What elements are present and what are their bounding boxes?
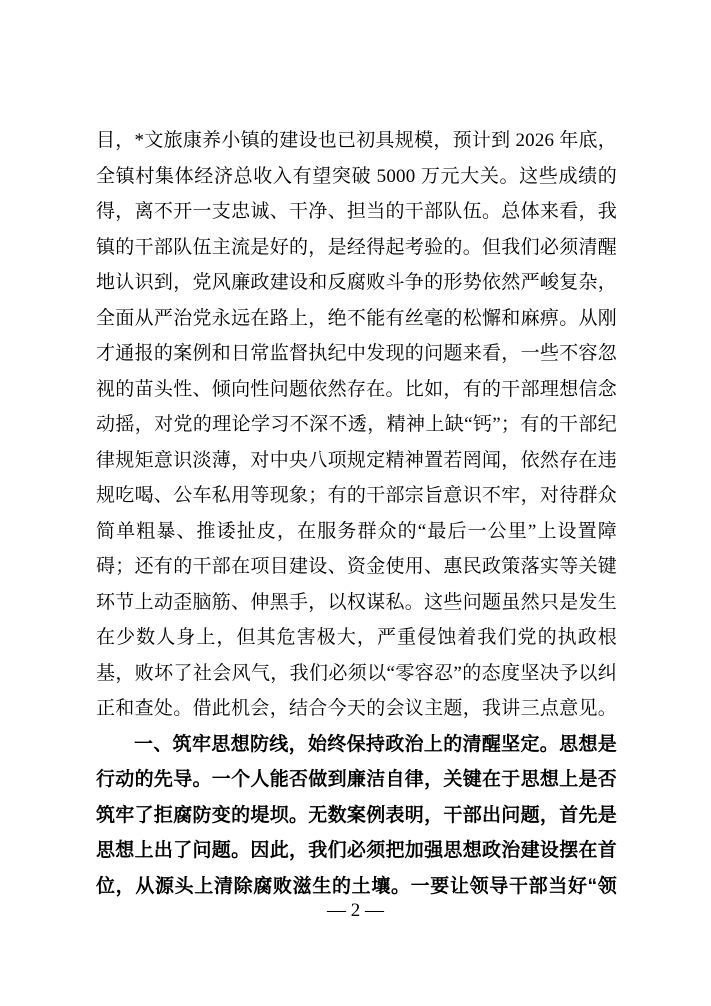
text-line: 行动的先导。一个人能否做到廉洁自律，关键在于思想上是否 (96, 762, 617, 798)
document-body: 目，*文旅康养小镇的建设也已初具规模，预计到 2026 年底，全镇村集体经济总收… (96, 123, 617, 904)
text-line: 环节上动歪脑筋、伸黑手，以权谋私。这些问题虽然只是发生 (96, 585, 617, 621)
paragraph-section-one: 一、筑牢思想防线，始终保持政治上的清醒坚定。思想是行动的先导。一个人能否做到廉洁… (96, 727, 617, 905)
text-line: 全面从严治党永远在路上，绝不能有丝毫的松懈和麻痹。从刚 (96, 301, 617, 337)
text-line: 筑牢了拒腐防变的堤坝。无数案例表明，干部出问题，首先是 (96, 798, 617, 834)
document-page: 目，*文旅康养小镇的建设也已初具规模，预计到 2026 年底，全镇村集体经济总收… (0, 0, 711, 1006)
text-line: 简单粗暴、推诿扯皮，在服务群众的“最后一公里”上设置障 (96, 514, 617, 550)
text-line: 正和查处。借此机会，结合今天的会议主题，我讲三点意见。 (96, 691, 617, 727)
text-line: 规吃喝、公车私用等现象；有的干部宗旨意识不牢，对待群众 (96, 478, 617, 514)
text-line: 在少数人身上，但其危害极大，严重侵蚀着我们党的执政根 (96, 620, 617, 656)
text-line: 视的苗头性、倾向性问题依然存在。比如，有的干部理想信念 (96, 372, 617, 408)
text-line: 目，*文旅康养小镇的建设也已初具规模，预计到 2026 年底， (96, 123, 617, 159)
text-line: 碍；还有的干部在项目建设、资金使用、惠民政策落实等关键 (96, 549, 617, 585)
text-line: 基，败坏了社会风气，我们必须以“零容忍”的态度坚决予以纠 (96, 656, 617, 692)
text-line: 地认识到，党风廉政建设和反腐败斗争的形势依然严峻复杂， (96, 265, 617, 301)
page-number: — 2 — (0, 896, 711, 926)
text-line: 律规矩意识淡薄，对中央八项规定精神置若罔闻，依然存在违 (96, 443, 617, 479)
text-line: 得，离不开一支忠诚、干净、担当的干部队伍。总体来看，我 (96, 194, 617, 230)
text-line: 动摇，对党的理论学习不深不透，精神上缺“钙”；有的干部纪 (96, 407, 617, 443)
text-line: 思想上出了问题。因此，我们必须把加强思想政治建设摆在首 (96, 833, 617, 869)
text-line: 一、筑牢思想防线，始终保持政治上的清醒坚定。思想是 (96, 727, 617, 763)
text-line: 才通报的案例和日常监督执纪中发现的问题来看，一些不容忽 (96, 336, 617, 372)
text-line: 全镇村集体经济总收入有望突破 5000 万元大关。这些成绩的取 (96, 159, 617, 195)
paragraph-continuation: 目，*文旅康养小镇的建设也已初具规模，预计到 2026 年底，全镇村集体经济总收… (96, 123, 617, 727)
text-line: 镇的干部队伍主流是好的，是经得起考验的。但我们必须清醒 (96, 230, 617, 266)
